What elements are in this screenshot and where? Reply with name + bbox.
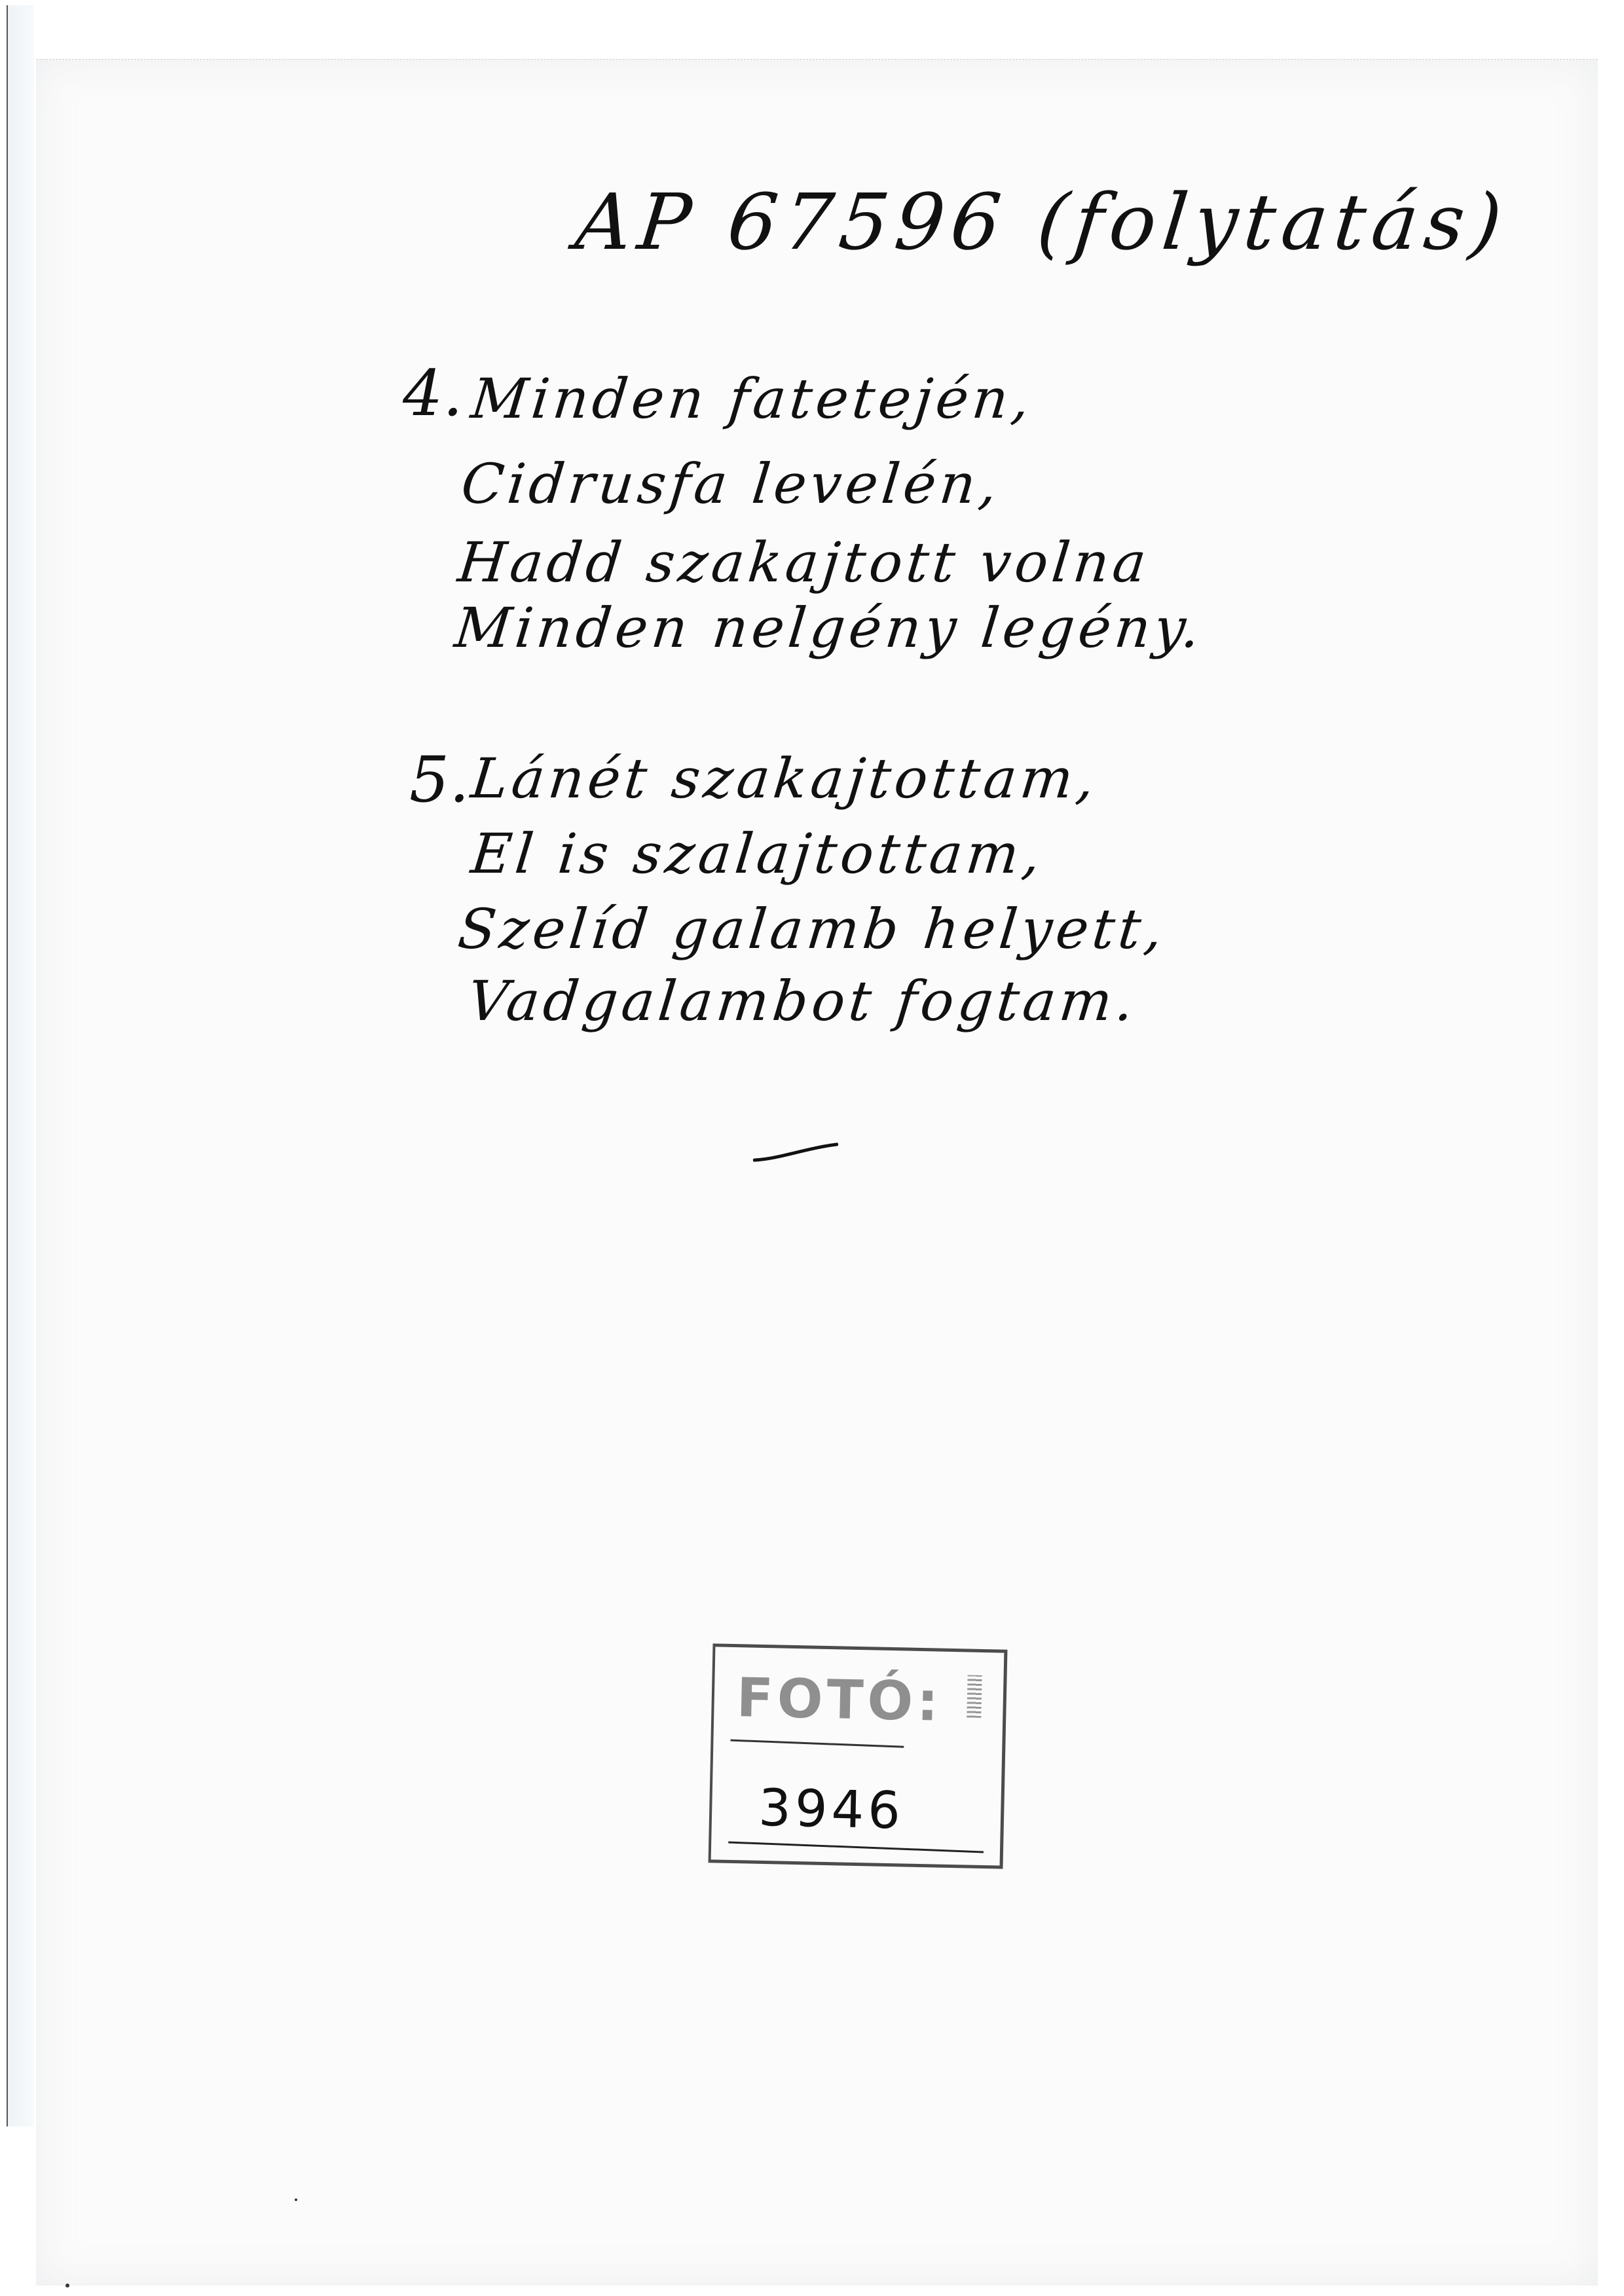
stanza-4-line-1: Minden fatetején,	[468, 367, 1037, 431]
stanza-5-line-4: Vadgalambot fogtam.	[465, 969, 1141, 1033]
stanza-number-4: 4.	[403, 357, 463, 430]
scan-speck	[65, 2284, 69, 2287]
scan-speck	[295, 2198, 297, 2201]
stanza-number-5: 5.	[409, 743, 470, 816]
stamp-photo-number: 3946	[758, 1779, 904, 1841]
stanza-4-line-4: Minden nelgény legény.	[452, 596, 1207, 660]
stanza-4-line-3: Hadd szakajtott volna	[455, 530, 1153, 594]
scan-edge-line	[7, 5, 8, 2126]
stanza-5-line-1: Lánét szakajtottam,	[468, 746, 1101, 811]
closing-dash-mark	[753, 1139, 838, 1165]
stamp-label: FOTÓ:	[736, 1667, 943, 1734]
scan-edge-shade	[8, 5, 34, 2126]
reference-heading: AP 67596 (folytatás)	[572, 177, 1513, 267]
stanza-5-line-2: El is szalajtottam,	[468, 822, 1048, 886]
photo-archive-stamp: FOTÓ: 3946	[709, 1643, 1008, 1868]
stanza-5-line-3: Szelíd galamb helyett,	[455, 897, 1170, 961]
stanza-4-line-2: Cidrusfa levelén,	[458, 452, 1005, 516]
stamp-faded-glyph-icon	[967, 1675, 982, 1717]
